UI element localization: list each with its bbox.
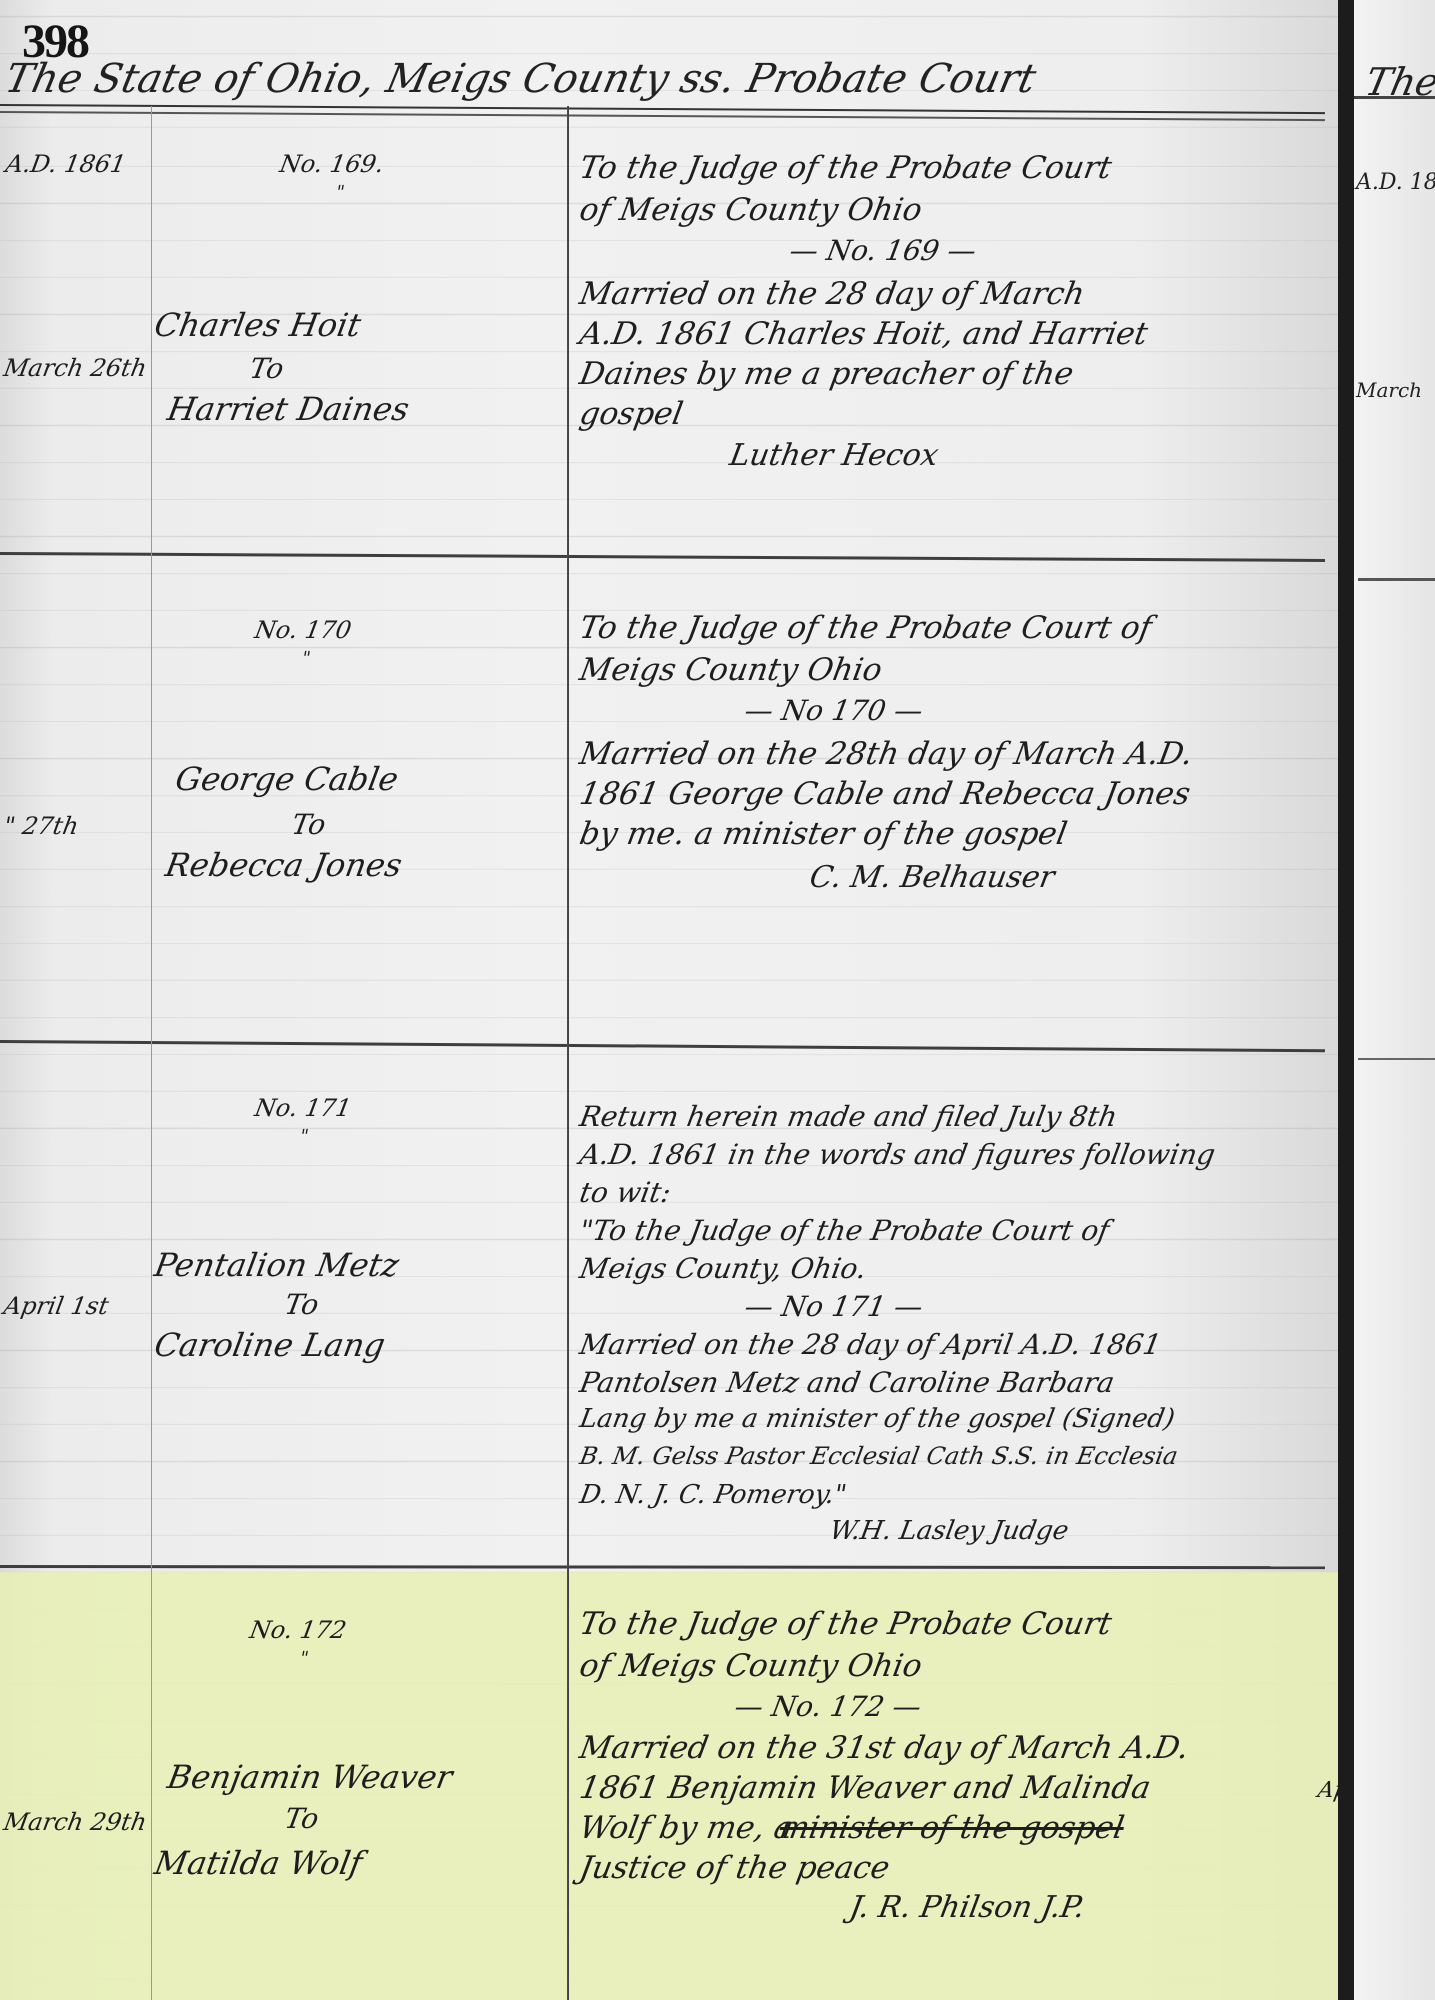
return-line: To the Judge of the Probate Court	[577, 1606, 1115, 1642]
return-line: Married on the 31st day of March A.D.	[577, 1730, 1192, 1766]
names-column-rule	[567, 106, 569, 2000]
entry-number: No. 170	[253, 616, 354, 644]
date-column-rule	[151, 106, 152, 2000]
return-line: Lang by me a minister of the gospel (Sig…	[577, 1404, 1177, 1434]
facing-page-month: March	[1356, 378, 1422, 402]
return-line: Wolf by me, a	[577, 1810, 796, 1846]
return-line: Married on the 28th day of March A.D.	[577, 736, 1196, 772]
return-line: Return herein made and filed July 8th	[577, 1100, 1120, 1133]
entry-number: No. 171	[253, 1094, 354, 1122]
bride-name: Rebecca Jones	[163, 846, 405, 884]
to-label: To	[282, 1802, 321, 1835]
return-line: "To the Judge of the Probate Court of	[577, 1214, 1112, 1247]
entry-date: March 29th	[2, 1808, 149, 1836]
entry-date: " 27th	[2, 812, 81, 840]
facing-page-year: A.D. 18	[1356, 170, 1435, 195]
correction-text: Justice of the peace	[577, 1850, 893, 1886]
facing-page-rule	[1354, 96, 1435, 99]
return-line: of Meigs County Ohio	[577, 192, 925, 228]
return-number: — No 171 —	[742, 1290, 925, 1323]
page-header-title: The State of Ohio, Meigs County ss. Prob…	[1, 56, 1040, 102]
entry-date: March 26th	[2, 354, 149, 382]
ditto-mark: "	[298, 1648, 310, 1669]
return-line: D. N. J. C. Pomeroy."	[577, 1480, 848, 1510]
bride-name: Caroline Lang	[152, 1326, 388, 1364]
book-binding-gutter	[1338, 0, 1354, 2000]
bride-name: Harriet Daines	[165, 390, 412, 428]
to-label: To	[247, 352, 286, 385]
groom-name: Charles Hoit	[152, 306, 364, 344]
judge-signature: W.H. Lasley Judge	[827, 1516, 1071, 1546]
officiant-signature: Luther Hecox	[727, 438, 941, 473]
return-number: — No. 169 —	[787, 234, 979, 267]
return-line: Daines by me a preacher of the	[577, 356, 1076, 392]
ditto-mark: "	[334, 182, 346, 203]
return-line: of Meigs County Ohio	[577, 1648, 925, 1684]
register-entry-171: No. 171 " April 1st Pentalion Metz To Ca…	[0, 1044, 1338, 1564]
to-label: To	[289, 808, 328, 841]
entry-number: No. 169.	[278, 150, 387, 178]
return-line: A.D. 1861 Charles Hoit, and Harriet	[577, 316, 1151, 352]
return-line: To the Judge of the Probate Court	[577, 150, 1115, 186]
officiant-signature: C. M. Belhauser	[807, 860, 1057, 895]
entry-date: April 1st	[2, 1292, 111, 1320]
facing-page-rule	[1358, 1058, 1435, 1060]
ditto-mark: "	[298, 1126, 310, 1147]
facing-page-rule	[1358, 578, 1435, 581]
groom-name: George Cable	[173, 760, 402, 798]
register-page: 398 The State of Ohio, Meigs County ss. …	[0, 0, 1338, 2000]
return-line: 1861 Benjamin Weaver and Malinda	[577, 1770, 1154, 1806]
return-line: Married on the 28 day of April A.D. 1861	[577, 1328, 1164, 1361]
return-line: 1861 George Cable and Rebecca Jones	[577, 776, 1193, 812]
return-number: — No 170 —	[742, 694, 925, 727]
facing-page-edge: The A.D. 18 March	[1354, 0, 1435, 2000]
margin-note: April	[1316, 1778, 1338, 1803]
register-entry-169: A.D. 1861 No. 169. " March 26th Charles …	[0, 110, 1338, 550]
return-line: gospel	[577, 396, 686, 432]
bride-name: Matilda Wolf	[152, 1844, 366, 1882]
entry-year: A.D. 1861	[4, 150, 129, 178]
struck-text: minister of the gospel	[777, 1810, 1127, 1846]
return-line: Pantolsen Metz and Caroline Barbara	[577, 1366, 1117, 1399]
return-line: To the Judge of the Probate Court of	[577, 610, 1155, 646]
return-line: to wit:	[577, 1176, 673, 1209]
return-line: Meigs County Ohio	[577, 652, 885, 688]
return-line: A.D. 1861 in the words and figures follo…	[577, 1138, 1218, 1171]
return-line: Married on the 28 day of March	[577, 276, 1088, 312]
groom-name: Benjamin Weaver	[165, 1758, 456, 1796]
return-number: — No. 172 —	[732, 1690, 924, 1723]
return-line: B. M. Gelss Pastor Ecclesial Cath S.S. i…	[578, 1442, 1181, 1470]
entry-divider	[0, 1565, 1325, 1569]
return-line: by me. a minister of the gospel	[577, 816, 1070, 852]
groom-name: Pentalion Metz	[152, 1246, 402, 1284]
to-label: To	[282, 1288, 321, 1321]
return-line: Meigs County, Ohio.	[577, 1252, 869, 1285]
ditto-mark: "	[300, 648, 312, 669]
entry-number: No. 172	[248, 1616, 349, 1644]
justice-signature: J. R. Philson J.P.	[847, 1890, 1087, 1925]
register-entry-170: No. 170 " " 27th George Cable To Rebecca…	[0, 556, 1338, 1036]
register-entry-172: No. 172 " March 29th Benjamin Weaver To …	[0, 1572, 1338, 2000]
